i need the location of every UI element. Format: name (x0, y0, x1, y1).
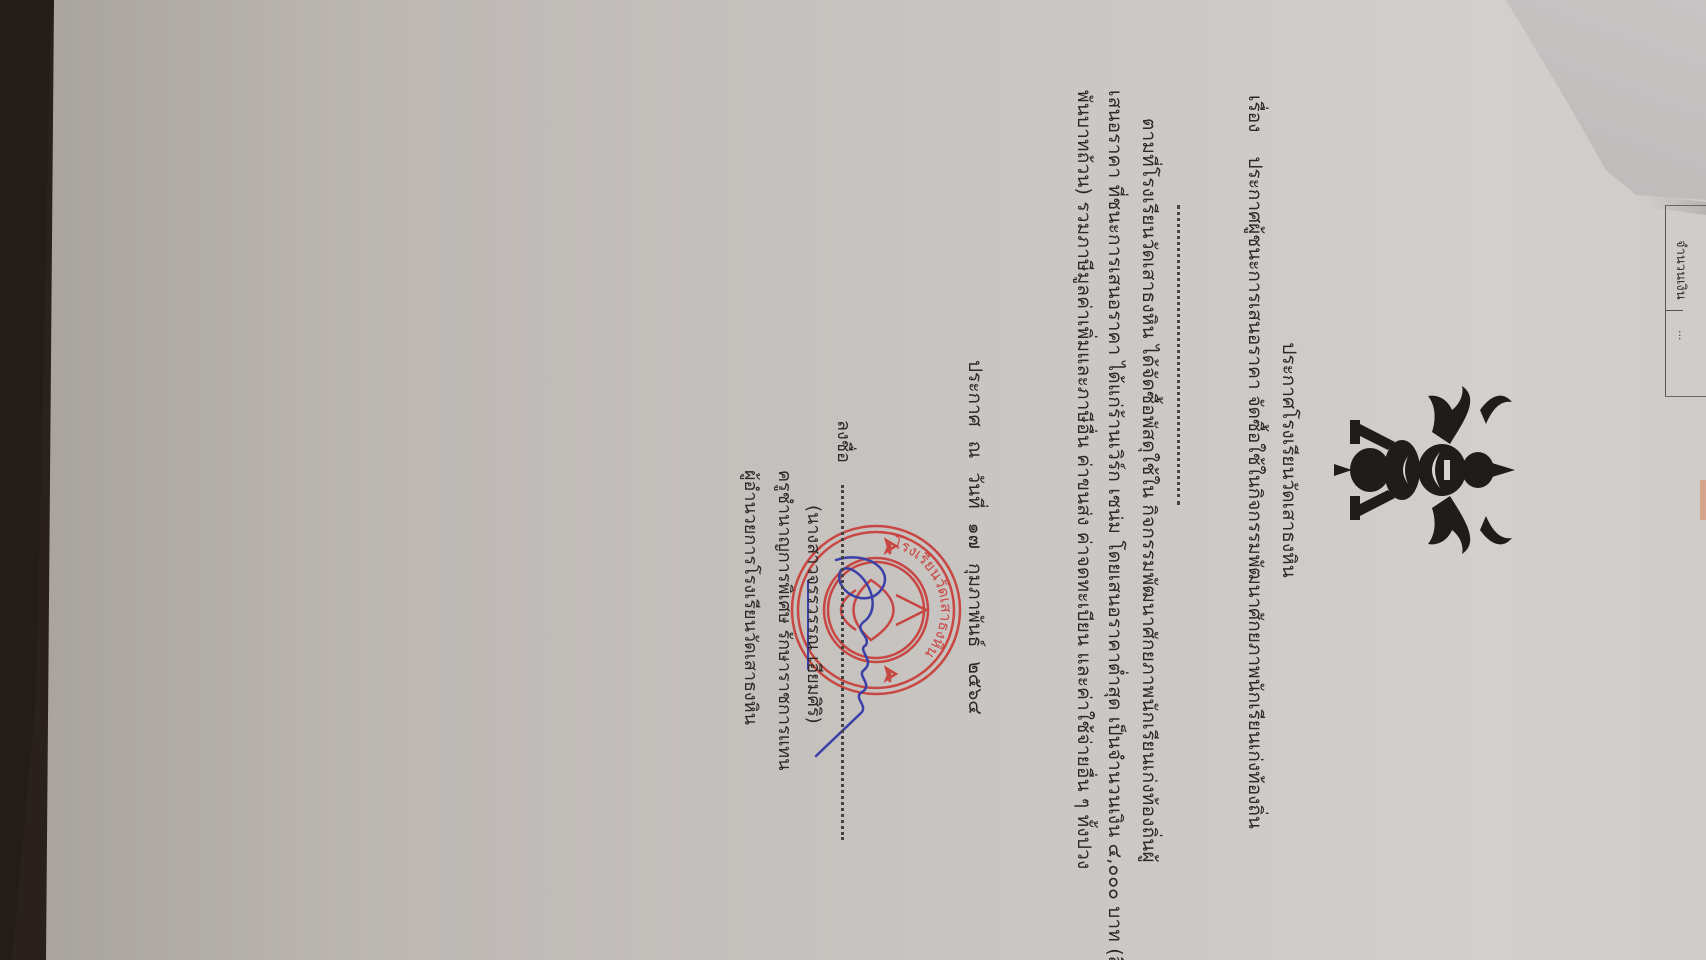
body-line-3: พันบาทถ้วน) รวมภาษีมูลค่าเพิ่มและภาษีอื่… (1069, 90, 1099, 869)
document-title: ประกาศโรงเรียนวัดเสาธงหิน (1274, 0, 1304, 960)
document-page: ประกาศโรงเรียนวัดเสาธงหิน เรื่อง ประกาศผ… (0, 0, 1706, 960)
subject-label: เรื่อง (1244, 95, 1266, 132)
signatory-name: (นางสาวจรรวรรณ เอียมศิริ) (800, 505, 829, 724)
subject-line: เรื่อง ประกาศผู้ชนะการเสนอราคา จัดซื้อใช… (1240, 95, 1270, 829)
body-line-1: ตามที่โรงเรียนวัดเสาธงหิน ได้จัดซื้อพัสด… (1134, 118, 1164, 863)
garuda-emblem-icon (1330, 380, 1520, 560)
signature-dotted-line (841, 485, 844, 840)
underlying-form-label: จำนวนเงิน (1670, 240, 1691, 300)
signatory-position-1: ครูชำนาญการพิเศษ รักษาราชการแทน (771, 470, 800, 770)
subject-text: ประกาศผู้ชนะการเสนอราคา จัดซื้อใช้ในกิจก… (1244, 156, 1266, 828)
signatory-position-2: ผู้อำนวยการโรงเรียนวัดเสาธงหิน (737, 470, 766, 725)
form-divider (1665, 310, 1683, 311)
separator-dotted-line (1177, 205, 1180, 505)
signature-label: ลงชื่อ (830, 420, 859, 463)
underlying-form-box (1665, 205, 1706, 397)
edge-sliver (1700, 480, 1706, 520)
body-line-2: เสนอราคา ที่ชนะการเสนอราคา ได้แก่ร้านเวิ… (1100, 90, 1130, 960)
underlying-form-dots: ... (1676, 330, 1689, 341)
